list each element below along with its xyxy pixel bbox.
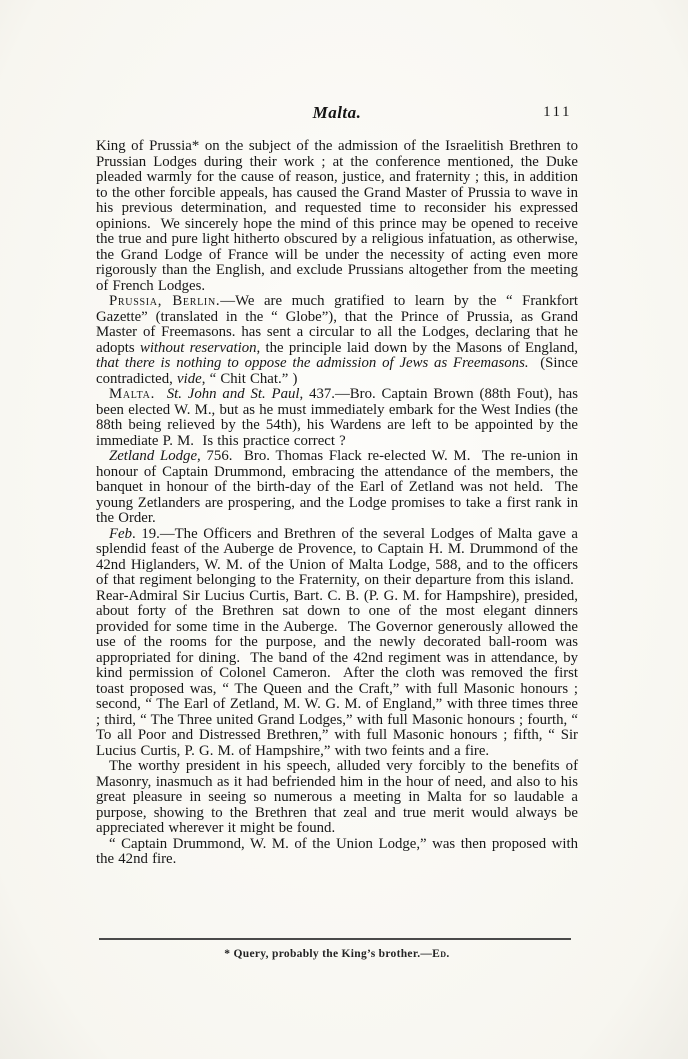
paragraph: King of Prussia* on the subject of the a… (96, 139, 578, 294)
text-run (155, 386, 167, 402)
footnote: * Query, probably the King’s brother.—Ed… (96, 948, 578, 960)
text-run: . 19.—The Officers and Brethren of the s… (96, 526, 578, 759)
scanned-document-page: Malta. 111 King of Prussia* on the subje… (0, 0, 688, 1059)
paragraph: “ Captain Drummond, W. M. of the Union L… (96, 837, 578, 868)
paragraph: Zetland Lodge, 756. Bro. Thomas Flack re… (96, 449, 578, 527)
paragraph: Prussia, Berlin.—We are much gratified t… (96, 294, 578, 387)
text-run: Zetland Lodge (109, 448, 197, 464)
text-run: Ed. (432, 948, 450, 960)
text-run: vide (177, 371, 202, 387)
text-run: “ Captain Drummond, W. M. of the Union L… (96, 836, 578, 868)
text-run: St. John and St. Paul (167, 386, 300, 402)
text-run: without reservation (140, 340, 257, 356)
text-block: King of Prussia* on the subject of the a… (96, 139, 578, 868)
text-run: The worthy president in his speech, allu… (96, 758, 578, 836)
running-head: Malta. 111 (96, 103, 578, 129)
paragraph: The worthy president in his speech, allu… (96, 759, 578, 837)
paragraph: Malta. St. John and St. Paul, 437.—Bro. … (96, 387, 578, 449)
text-run: Prussia, Berlin. (109, 293, 220, 309)
page-number: 111 (543, 104, 572, 121)
text-run: , the principle laid down by the Masons … (257, 340, 578, 356)
paragraph: Feb. 19.—The Officers and Brethren of th… (96, 527, 578, 760)
footnote-rule (99, 938, 571, 940)
text-run: Malta. (109, 386, 155, 402)
text-run: that there is nothing to oppose the admi… (96, 355, 529, 371)
text-run: , “ Chit Chat.” ) (202, 371, 298, 387)
text-run: King of Prussia* on the subject of the a… (96, 138, 578, 294)
text-run: * Query, probably the King’s brother.— (224, 948, 432, 960)
page-title: Malta. (96, 103, 578, 123)
text-run: Feb (109, 526, 132, 542)
